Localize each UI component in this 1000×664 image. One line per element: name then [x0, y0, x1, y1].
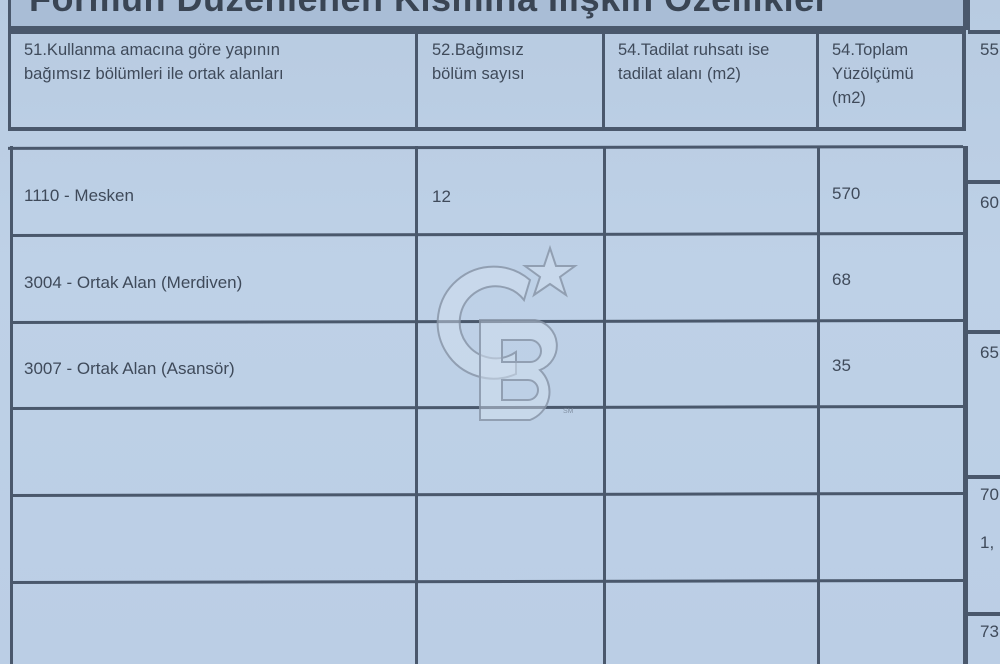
table-row-unit-count: 12 — [432, 185, 451, 209]
document-page: Formun Düzenlenen Kısmına İlişkin Özelli… — [0, 0, 1000, 664]
header-line: (m2) — [832, 86, 914, 110]
divider — [816, 30, 819, 131]
divider — [968, 475, 1000, 479]
divider — [966, 0, 970, 30]
divider — [8, 127, 966, 131]
divider — [10, 492, 965, 497]
section-banner: Formun Düzenlenen Kısmına İlişkin Özelli… — [8, 0, 966, 30]
right-column-label: 55 — [980, 40, 999, 60]
column-header-total-area: 54.Toplam Yüzölçümü (m2) — [832, 38, 914, 110]
right-column-label: 1, — [980, 533, 994, 553]
divider — [962, 30, 966, 131]
divider — [10, 146, 13, 664]
column-header-renovation-area: 54.Tadilat ruhsatı ise tadilat alanı (m2… — [618, 38, 769, 86]
column-header-usage: 51.Kullanma amacına göre yapının bağımsı… — [24, 38, 284, 86]
right-column-label: 60 — [980, 193, 999, 213]
right-column-label: 70 — [980, 485, 999, 505]
table-row-usage: 3007 - Ortak Alan (Asansör) — [24, 357, 235, 381]
table-row-total-area: 68 — [832, 268, 851, 292]
header-line: 54.Tadilat ruhsatı ise — [618, 38, 769, 62]
brand-watermark-logo: SM — [420, 240, 600, 430]
divider — [10, 232, 965, 237]
divider — [968, 612, 1000, 616]
right-column-label: 65 — [980, 343, 999, 363]
header-line: 52.Bağımsız — [432, 38, 525, 62]
divider — [968, 30, 1000, 34]
header-line: bölüm sayısı — [432, 62, 525, 86]
divider — [10, 579, 965, 584]
divider — [968, 180, 1000, 184]
header-line: 54.Toplam — [832, 38, 914, 62]
divider — [415, 146, 418, 664]
divider — [602, 30, 605, 131]
section-title: Formun Düzenlenen Kısmına İlişkin Özelli… — [29, 0, 829, 20]
column-header-unit-count: 52.Bağımsız bölüm sayısı — [432, 38, 525, 86]
divider — [8, 30, 966, 34]
table-row-usage: 3004 - Ortak Alan (Merdiven) — [24, 271, 242, 295]
header-line: tadilat alanı (m2) — [618, 62, 769, 86]
table-row-total-area: 570 — [832, 182, 860, 206]
divider — [968, 330, 1000, 334]
table-row-usage: 1110 - Mesken — [24, 184, 134, 208]
header-line: 51.Kullanma amacına göre yapının — [24, 38, 284, 62]
header-line: bağımsız bölümleri ile ortak alanları — [24, 62, 284, 86]
right-column-label: 73 — [980, 622, 999, 642]
divider — [415, 30, 418, 131]
divider — [8, 30, 11, 131]
table-row-total-area: 35 — [832, 354, 851, 378]
header-line: Yüzölçümü — [832, 62, 914, 86]
service-mark: SM — [563, 408, 574, 415]
